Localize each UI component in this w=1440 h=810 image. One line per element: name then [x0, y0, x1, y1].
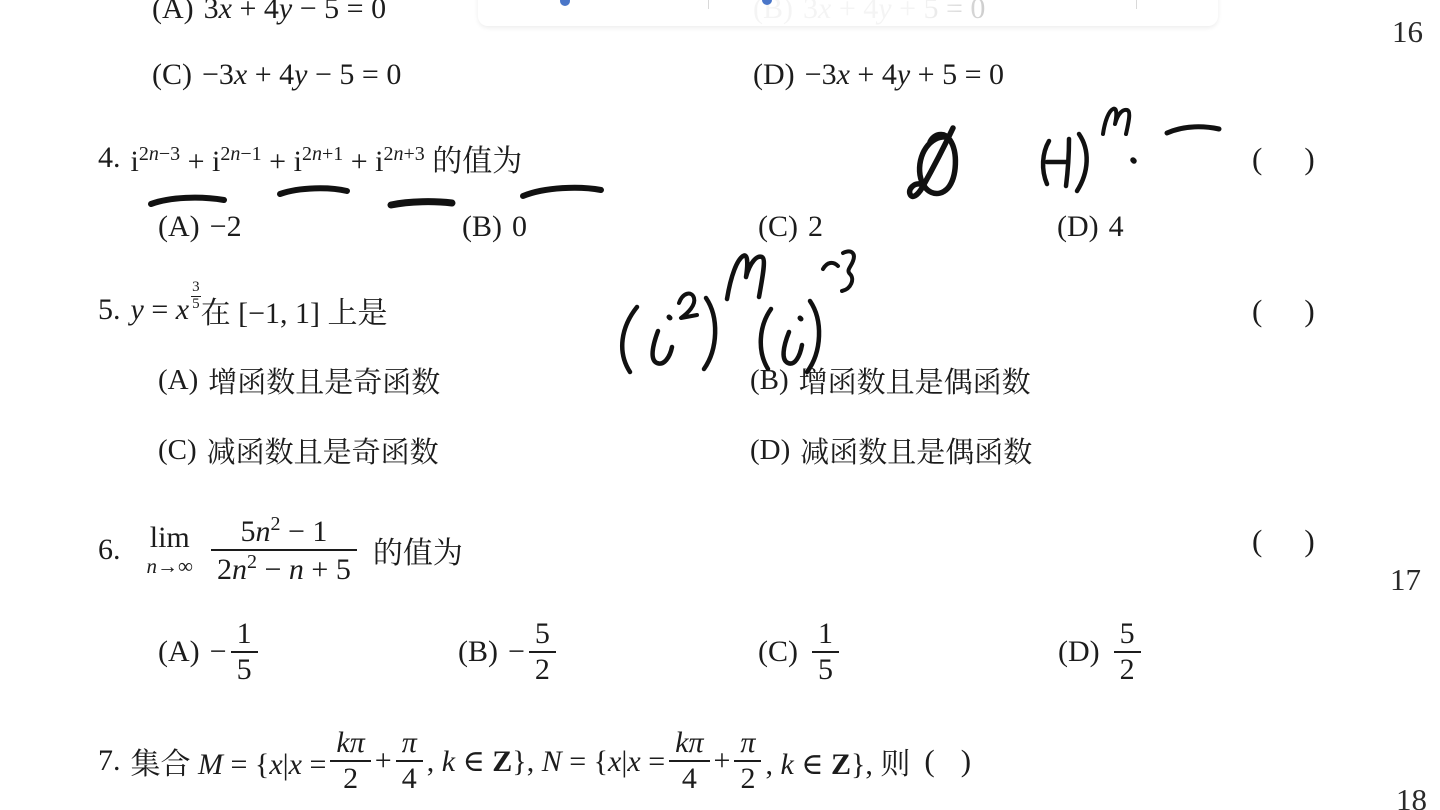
question-5-option-c: (C) 减函数且是奇函数 — [158, 430, 439, 471]
question-math: y = x — [131, 293, 190, 327]
question-number: 4. — [98, 141, 121, 175]
paren-close: ) — [1304, 293, 1314, 329]
handwriting-note-i-expansion — [622, 251, 854, 372]
question-math: 集合 M = {x|x = — [131, 739, 327, 783]
handwriting-note-power — [1043, 109, 1134, 191]
fraction-numerator: 1 — [231, 617, 258, 651]
limit-subscript: n→∞ — [147, 556, 193, 577]
exponent-fraction: 3 5 — [191, 280, 201, 313]
question-math: , k ∈ Z}, 则 — [765, 739, 910, 783]
set-fraction-1: kπ 2 — [330, 726, 370, 795]
paren-close: ) — [1304, 523, 1314, 559]
question-math: , k ∈ Z}, N = {x|x = — [427, 744, 665, 779]
question-math: + — [375, 744, 392, 778]
option-fraction: 1 5 — [231, 617, 258, 686]
answer-blank-q7: () — [924, 743, 971, 779]
set-fraction-4: π 2 — [734, 726, 761, 795]
option-label: (C) — [158, 434, 197, 467]
fraction-numerator: kπ — [669, 726, 709, 760]
question-5-option-b: (B) 增函数且是偶函数 — [750, 360, 1031, 401]
exponent-denominator: 5 — [192, 297, 200, 313]
option-equation: 3x + 4y − 5 = 0 — [204, 0, 386, 26]
question-6-option-c: (C) 1 5 — [758, 612, 843, 692]
question-7-stem: 7. 集合 M = {x|x = kπ 2 + π 4 , k ∈ Z}, N … — [98, 716, 971, 806]
question-number: 6. — [98, 533, 121, 567]
answer-blank-q6: () — [1252, 523, 1315, 559]
fraction-numerator: 5n2 − 1 — [234, 513, 333, 549]
fraction-numerator: 1 — [812, 617, 839, 651]
paren-close: ) — [1304, 141, 1314, 177]
fraction-denominator: 4 — [676, 762, 703, 796]
fraction-denominator: 5 — [231, 653, 258, 687]
limit-operator: lim — [150, 523, 190, 553]
tab-separator — [1136, 0, 1137, 9]
option-fraction: 5 2 — [529, 617, 556, 686]
option-label: (C) — [758, 210, 798, 244]
fraction-denominator: 2n2 − n + 5 — [211, 551, 357, 587]
page-number-18: 18 — [1396, 782, 1427, 810]
option-label: (A) — [158, 210, 200, 244]
prev-question-option-a: (A) 3x + 4y − 5 = 0 — [152, 0, 386, 26]
fraction-numerator: π — [396, 726, 423, 760]
question-5-stem: 5. y = x 3 5 在 [−1, 1] 上是 — [98, 288, 387, 332]
option-value: −2 — [210, 210, 242, 244]
exponent-numerator: 3 — [191, 280, 201, 297]
option-value: 增函数且是奇函数 — [208, 360, 440, 401]
prev-question-option-d: (D) −3x + 4y + 5 = 0 — [753, 58, 1004, 92]
limit-fraction: 5n2 − 1 2n2 − n + 5 — [211, 513, 357, 586]
question-4-stem: 4. i2n−3 + i2n−1 + i2n+1 + i2n+3 的值为 — [98, 136, 522, 180]
fraction-numerator: π — [734, 726, 761, 760]
question-4-option-b: (B) 0 — [462, 210, 527, 244]
question-6-stem: 6. lim n→∞ 5n2 − 1 2n2 − n + 5 的值为 — [98, 502, 463, 598]
paren-open: ( — [1252, 523, 1262, 559]
set-fraction-3: kπ 4 — [669, 726, 709, 795]
question-4-option-c: (C) 2 — [758, 210, 823, 244]
option-value: 0 — [512, 210, 527, 244]
set-fraction-2: π 4 — [396, 726, 423, 795]
option-value: 增函数且是偶函数 — [799, 360, 1031, 401]
handwriting-note-dash — [1167, 127, 1219, 133]
option-value: 减函数且是偶函数 — [800, 430, 1032, 471]
fraction-denominator: 2 — [529, 653, 556, 687]
fraction-numerator: kπ — [330, 726, 370, 760]
minus-sign: − — [210, 635, 227, 669]
limit-block: lim n→∞ — [147, 523, 193, 577]
question-4-option-a: (A) −2 — [158, 210, 242, 244]
browser-tab-strip[interactable] — [478, 0, 1218, 26]
fraction-denominator: 5 — [812, 653, 839, 687]
option-label: (A) — [158, 635, 200, 669]
question-5-option-d: (D) 减函数且是偶函数 — [750, 430, 1032, 471]
option-label: (A) — [152, 0, 194, 26]
page-number-16: 16 — [1392, 14, 1423, 50]
option-label: (B) — [750, 364, 789, 397]
minus-sign: − — [508, 635, 525, 669]
option-label: (C) — [758, 635, 798, 669]
question-number: 7. — [98, 744, 121, 778]
question-6-option-d: (D) 5 2 — [1058, 612, 1145, 692]
option-fraction: 1 5 — [812, 617, 839, 686]
paren-open: ( — [1252, 293, 1262, 329]
fraction-denominator: 2 — [337, 762, 364, 796]
option-fraction: 5 2 — [1114, 617, 1141, 686]
option-label: (D) — [753, 58, 795, 92]
prev-question-option-c: (C) −3x + 4y − 5 = 0 — [152, 58, 401, 92]
option-label: (A) — [158, 364, 198, 397]
question-math: + — [714, 744, 731, 778]
question-6-option-b: (B) − 5 2 — [458, 612, 560, 692]
question-number: 5. — [98, 293, 121, 327]
option-value: 4 — [1109, 210, 1124, 244]
option-value: 减函数且是奇函数 — [207, 430, 439, 471]
exam-page: (A) 3x + 4y − 5 = 0 (B) 3x + 4y + 5 = 0 … — [0, 0, 1440, 810]
fraction-denominator: 4 — [396, 762, 423, 796]
fraction-numerator: 5 — [529, 617, 556, 651]
paren-close: ) — [961, 743, 971, 779]
fraction-denominator: 2 — [1114, 653, 1141, 687]
question-6-option-a: (A) − 1 5 — [158, 612, 262, 692]
option-label: (B) — [462, 210, 502, 244]
question-math: 在 [−1, 1] 上是 — [201, 288, 388, 332]
question-5-option-a: (A) 增函数且是奇函数 — [158, 360, 440, 401]
fraction-numerator: 5 — [1114, 617, 1141, 651]
option-label: (C) — [152, 58, 192, 92]
option-value: 2 — [808, 210, 823, 244]
option-label: (D) — [750, 434, 790, 467]
option-label: (B) — [458, 635, 498, 669]
handwriting-underlines-group — [151, 188, 601, 205]
option-equation: −3x + 4y + 5 = 0 — [805, 58, 1004, 92]
page-number-17: 17 — [1390, 562, 1421, 598]
paren-open: ( — [1252, 141, 1262, 177]
paren-open: ( — [924, 743, 934, 779]
question-math: i2n−3 + i2n−1 + i2n+1 + i2n+3 的值为 — [131, 136, 523, 180]
option-equation: −3x + 4y − 5 = 0 — [202, 58, 401, 92]
option-label: (D) — [1058, 635, 1100, 669]
tab-separator — [708, 0, 709, 9]
fraction-denominator: 2 — [734, 762, 761, 796]
answer-blank-q4: () — [1252, 141, 1315, 177]
question-4-option-d: (D) 4 — [1057, 210, 1124, 244]
question-suffix: 的值为 — [373, 528, 463, 572]
option-label: (D) — [1057, 210, 1099, 244]
handwriting-note-zero — [910, 128, 956, 196]
answer-blank-q5: () — [1252, 293, 1315, 329]
